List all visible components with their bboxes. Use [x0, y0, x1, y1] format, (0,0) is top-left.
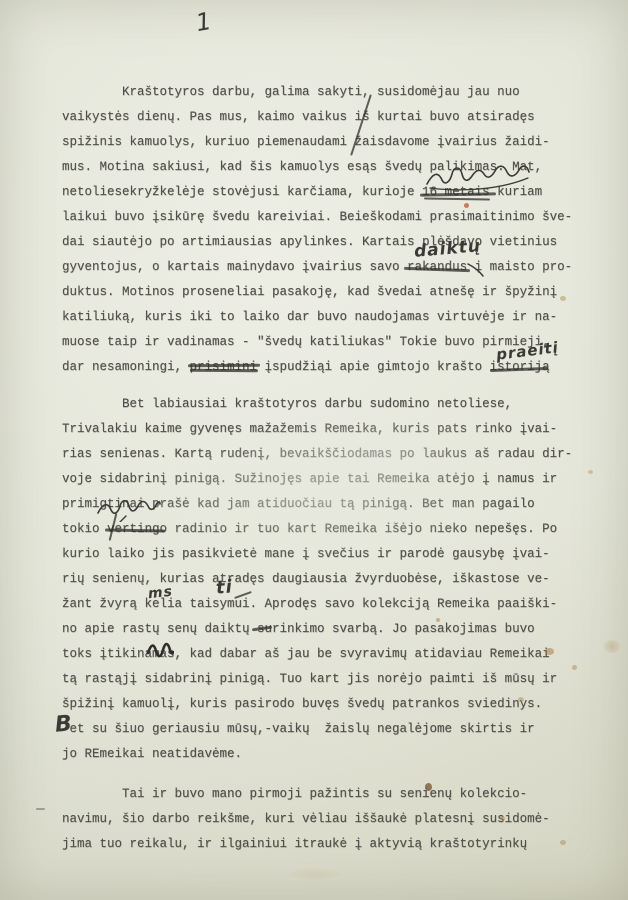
text-block: Kraštotyros darbu, galima sakyti, susido… — [62, 80, 618, 857]
text-line: rias senienas. Kartą rudenį, bevaikščiod… — [62, 442, 618, 467]
text-line: laikui buvo įsikūrę švedu kareiviai. Bei… — [62, 205, 618, 230]
handwritten-page-number: 1 — [194, 7, 215, 37]
text-line: navimu, šio darbo reikšme, kuri vėliau i… — [62, 807, 618, 832]
text-line: Bet labiausiai kraštotyros darbu sudomin… — [62, 392, 618, 417]
paragraph: Kraštotyros darbu, galima sakyti, susido… — [62, 80, 618, 380]
handwritten-ms: ms — [147, 584, 173, 603]
text-line: špižinį kamuolį, kuris pasirodo buvęs šv… — [62, 692, 618, 717]
text-line: kurio laiko jis pasikvietė mane į svečiu… — [62, 542, 618, 567]
text-line: katiliuką, kuris iki to laiko dar buvo n… — [62, 305, 618, 330]
margin-mark — [36, 808, 45, 810]
text-line: tą rastąjį sidabrinį pinigą. Tuo kart ji… — [62, 667, 618, 692]
text-line: vaikystės dienų. Pas mus, kaimo vaikus i… — [62, 105, 618, 130]
text-line: duktus. Motinos proseneliai pasakoję, ka… — [62, 280, 618, 305]
text-line: žant žvyrą kelia taisymui. Aprodęs savo … — [62, 592, 618, 617]
handwritten-scribble — [96, 496, 162, 522]
text-line: jima tuo reikalu, ir ilgainiui itraukė į… — [62, 832, 618, 857]
text-line: jo REmeikai neatidavėme. — [62, 742, 618, 767]
text-line: no apie rastų senų daiktų surinkimo svar… — [62, 617, 618, 642]
text-line: Trivalakiu kaime gyvenęs mažažemis Remei… — [62, 417, 618, 442]
text-line: spižinis kamuolys, kuriuo piemenaudami ž… — [62, 130, 618, 155]
text-line: et su šiuo geriausiu mūsų,-vaikų žaislų … — [62, 717, 618, 742]
text-line: mus. Motina sakiusi, kad šis kamuolys es… — [62, 155, 618, 180]
text-line: Kraštotyros darbu, galima sakyti, susido… — [62, 80, 618, 105]
insertion-hook — [466, 262, 486, 278]
paper-stain — [290, 868, 340, 880]
text-line: rių senienų, kurias atradęs daugiausia ž… — [62, 567, 618, 592]
text-line: Tai ir buvo mano pirmoji pažintis su sen… — [62, 782, 618, 807]
strike-prisimini — [188, 364, 260, 368]
handwritten-ti: ti — [215, 576, 233, 598]
text-line: dai siautėjo po artimiausias apylinkes. … — [62, 230, 618, 255]
paragraph: Bet labiausiai kraštotyros darbu sudomin… — [62, 392, 618, 767]
paragraph: Tai ir buvo mano pirmoji pažintis su sen… — [62, 782, 618, 857]
text-line: gyventojus, o kartais mainydavo įvairius… — [62, 255, 618, 280]
handwritten-scribble — [424, 164, 534, 192]
text-line: netoliesekryžkelėje stovėjusi karčiama, … — [62, 180, 618, 205]
text-line: voje sidabrinį pinigą. Sužinojęs apie ta… — [62, 467, 618, 492]
handwritten-b: B — [54, 711, 74, 737]
document-page: Kraštotyros darbu, galima sakyti, susido… — [0, 0, 628, 900]
handwritten-scribble — [146, 640, 174, 658]
